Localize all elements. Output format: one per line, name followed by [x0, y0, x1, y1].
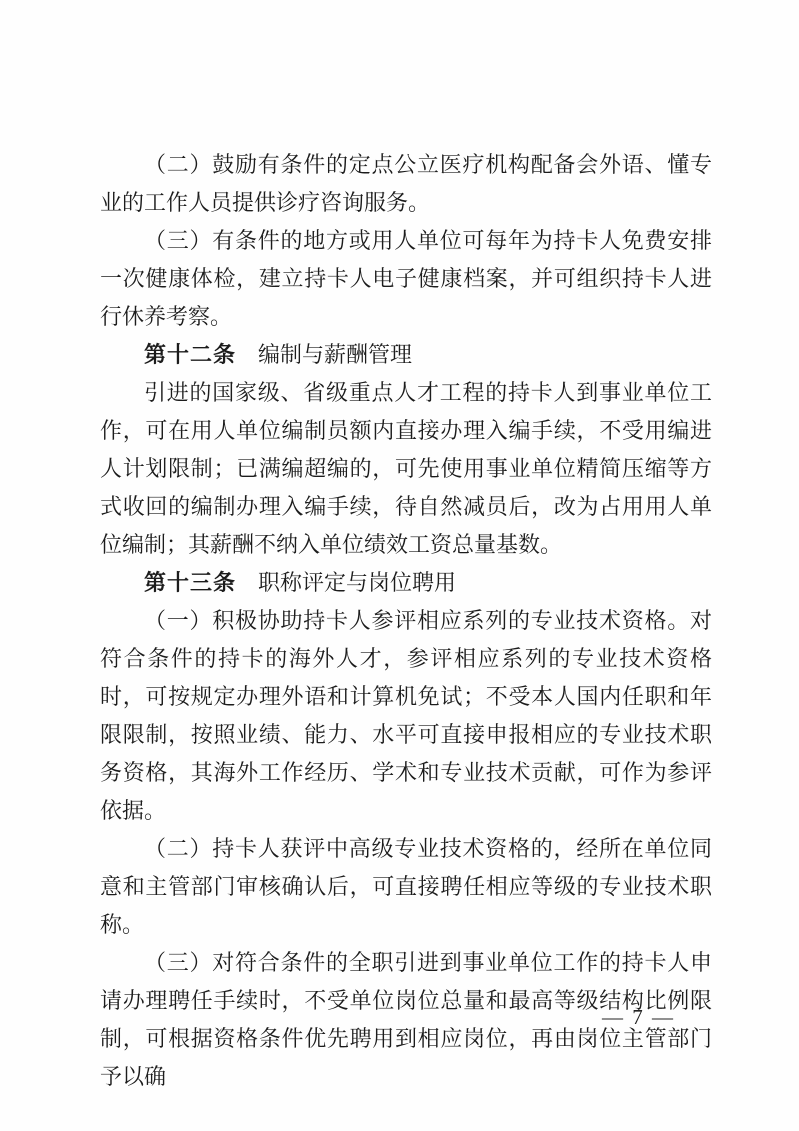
paragraph: （三）有条件的地方或用人单位可每年为持卡人免费安排一次健康体检，建立持卡人电子健… — [100, 222, 712, 336]
document-body: （二）鼓励有条件的定点公立医疗机构配备会外语、懂专业的工作人员提供诊疗咨询服务。… — [100, 146, 712, 1096]
article-number: 第十二条 — [144, 342, 236, 367]
paragraph: （一）积极协助持卡人参评相应系列的专业技术资格。对符合条件的持卡的海外人才，参评… — [100, 602, 712, 830]
article-number: 第十三条 — [144, 570, 236, 595]
paragraph: （二）持卡人获评中高级专业技术资格的，经所在单位同意和主管部门审核确认后，可直接… — [100, 830, 712, 944]
article-title: 职称评定与岗位聘用 — [258, 570, 456, 595]
article-heading: 第十二条编制与薪酬管理 — [100, 336, 712, 374]
paragraph: （二）鼓励有条件的定点公立医疗机构配备会外语、懂专业的工作人员提供诊疗咨询服务。 — [100, 146, 712, 222]
document-page: （二）鼓励有条件的定点公立医疗机构配备会外语、懂专业的工作人员提供诊疗咨询服务。… — [0, 0, 799, 1131]
article-heading: 第十三条职称评定与岗位聘用 — [100, 564, 712, 602]
article-title: 编制与薪酬管理 — [258, 342, 412, 367]
paragraph: 引进的国家级、省级重点人才工程的持卡人到事业单位工作，可在用人单位编制员额内直接… — [100, 374, 712, 564]
page-number: — 7 — — [602, 1005, 675, 1030]
